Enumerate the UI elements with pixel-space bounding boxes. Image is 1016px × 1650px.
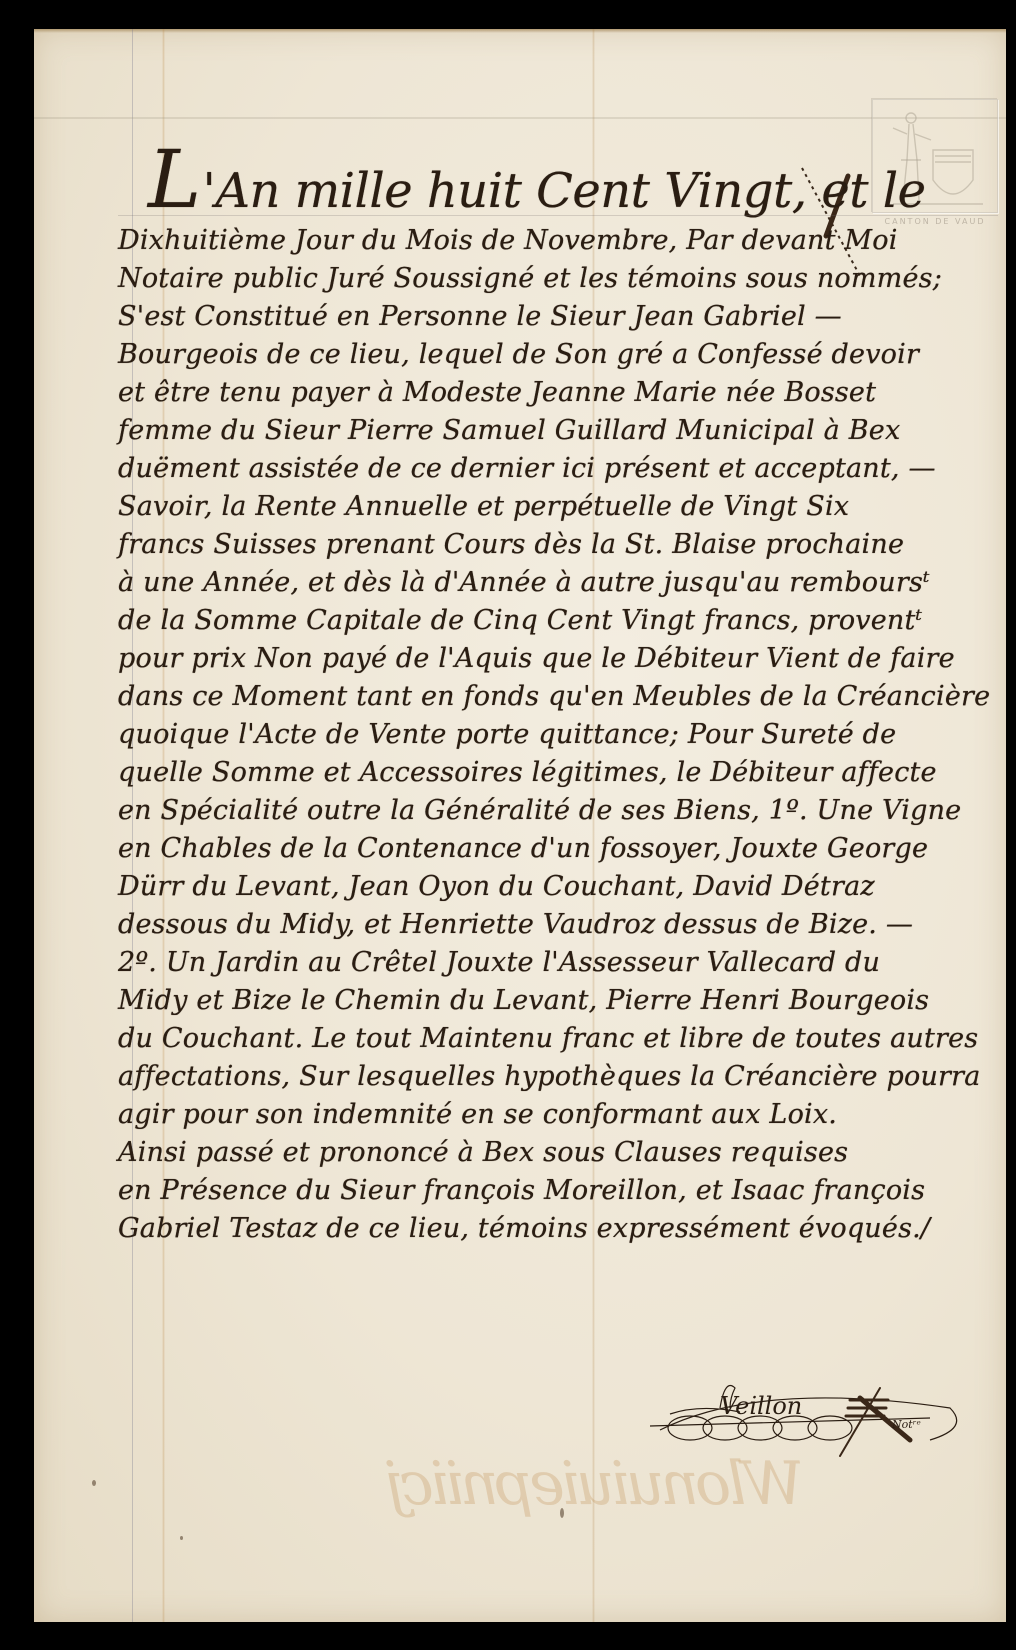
text-line: à une Année, et dès là d'Année à autre j… [118,564,998,602]
line-text: agir pour son indemnité en se conformant… [118,1099,837,1130]
horizontal-fold-crease [34,117,1006,119]
line-text: en Chables de la Contenance d'un fossoye… [118,833,928,864]
text-line: quelle Somme et Accessoires légitimes, l… [118,754,998,792]
line-text: S'est Constitué en Personne le Sieur Jea… [118,301,842,332]
text-line: dans ce Moment tant en fonds qu'en Meubl… [118,678,998,716]
text-line: du Couchant. Le tout Maintenu franc et l… [118,1020,998,1058]
torn-top-edge [34,29,1006,33]
decorative-initial: L [148,150,201,210]
ink-spot [180,1536,183,1540]
line-text: affectations, Sur lesquelles hypothèques… [118,1061,981,1092]
line-text: à une Année, et dès là d'Année à autre j… [118,567,930,598]
text-line: et être tenu payer à Modeste Jeanne Mari… [118,374,998,412]
text-line: en Spécialité outre la Généralité de ses… [118,792,998,830]
line-text: du Couchant. Le tout Maintenu franc et l… [118,1023,978,1054]
text-line: en Présence du Sieur françois Moreillon,… [118,1172,998,1210]
line-text: quelle Somme et Accessoires légitimes, l… [118,757,937,788]
line-text: Dürr du Levant, Jean Oyon du Couchant, D… [118,871,875,902]
text-line: duëment assistée de ce dernier ici prése… [118,450,998,488]
line-text: en Spécialité outre la Généralité de ses… [118,795,961,826]
opening-text: 'An mille huit Cent Vingt, et le [203,163,926,219]
deed-body: L'An mille huit Cent Vingt, et le Dixhui… [118,150,998,1248]
text-line: affectations, Sur lesquelles hypothèques… [118,1058,998,1096]
text-line: francs Suisses prenant Cours dès la St. … [118,526,998,564]
ruled-line [118,215,998,216]
text-line: femme du Sieur Pierre Samuel Guillard Mu… [118,412,998,450]
ink-spot [560,1508,564,1518]
line-text: femme du Sieur Pierre Samuel Guillard Mu… [118,415,900,446]
line-text: Savoir, la Rente Annuelle et perpétuelle… [118,491,849,522]
line-text: Bourgeois de ce lieu, lequel de Son gré … [118,339,919,370]
ink-spot [92,1480,96,1486]
text-line: Midy et Bize le Chemin du Levant, Pierre… [118,982,998,1020]
text-line: Savoir, la Rente Annuelle et perpétuelle… [118,488,998,526]
line-text: dans ce Moment tant en fonds qu'en Meubl… [118,681,990,712]
line-text: Gabriel Testaz de ce lieu, témoins expre… [118,1213,930,1244]
line-text: Notaire public Juré Soussigné et les tém… [118,263,942,294]
text-line: 2º. Un Jardin au Crêtel Jouxte l'Assesse… [118,944,998,982]
text-line: Gabriel Testaz de ce lieu, témoins expre… [118,1210,998,1248]
line-text: dessous du Midy, et Henriette Vaudroz de… [118,909,913,940]
text-line: Dixhuitième Jour du Mois de Novembre, Pa… [118,222,998,260]
line-text: 2º. Un Jardin au Crêtel Jouxte l'Assesse… [118,947,880,978]
text-line: Bourgeois de ce lieu, lequel de Son gré … [118,336,998,374]
signature-title: Notʳᵉ [892,1418,921,1431]
ink-bleed-through: Wlonuiuiepniicj [284,1449,804,1539]
line-text: et être tenu payer à Modeste Jeanne Mari… [118,377,876,408]
text-line: S'est Constitué en Personne le Sieur Jea… [118,298,998,336]
line-text: Dixhuitième Jour du Mois de Novembre, Pa… [118,225,898,256]
line-text: Midy et Bize le Chemin du Levant, Pierre… [118,985,929,1016]
line-text: Ainsi passé et prononcé à Bex sous Claus… [118,1137,848,1168]
text-line: quoique l'Acte de Vente porte quittance;… [118,716,998,754]
text-line: en Chables de la Contenance d'un fossoye… [118,830,998,868]
line-text: de la Somme Capitale de Cinq Cent Vingt … [118,605,922,636]
text-line: Ainsi passé et prononcé à Bex sous Claus… [118,1134,998,1172]
text-line: pour prix Non payé de l'Aquis que le Déb… [118,640,998,678]
notary-signature: Veillon Notʳᵉ [630,1378,970,1458]
text-line: de la Somme Capitale de Cinq Cent Vingt … [118,602,998,640]
signature-name: Veillon [720,1392,802,1420]
line-text: en Présence du Sieur françois Moreillon,… [118,1175,925,1206]
line-text: duëment assistée de ce dernier ici prése… [118,453,936,484]
text-line: agir pour son indemnité en se conformant… [118,1096,998,1134]
line-text: quoique l'Acte de Vente porte quittance;… [118,719,896,750]
line-text: francs Suisses prenant Cours dès la St. … [118,529,904,560]
text-line: Notaire public Juré Soussigné et les tém… [118,260,998,298]
opening-line: L'An mille huit Cent Vingt, et le [118,150,998,222]
line-text: pour prix Non payé de l'Aquis que le Déb… [118,643,955,674]
text-line: dessous du Midy, et Henriette Vaudroz de… [118,906,998,944]
text-line: Dürr du Levant, Jean Oyon du Couchant, D… [118,868,998,906]
